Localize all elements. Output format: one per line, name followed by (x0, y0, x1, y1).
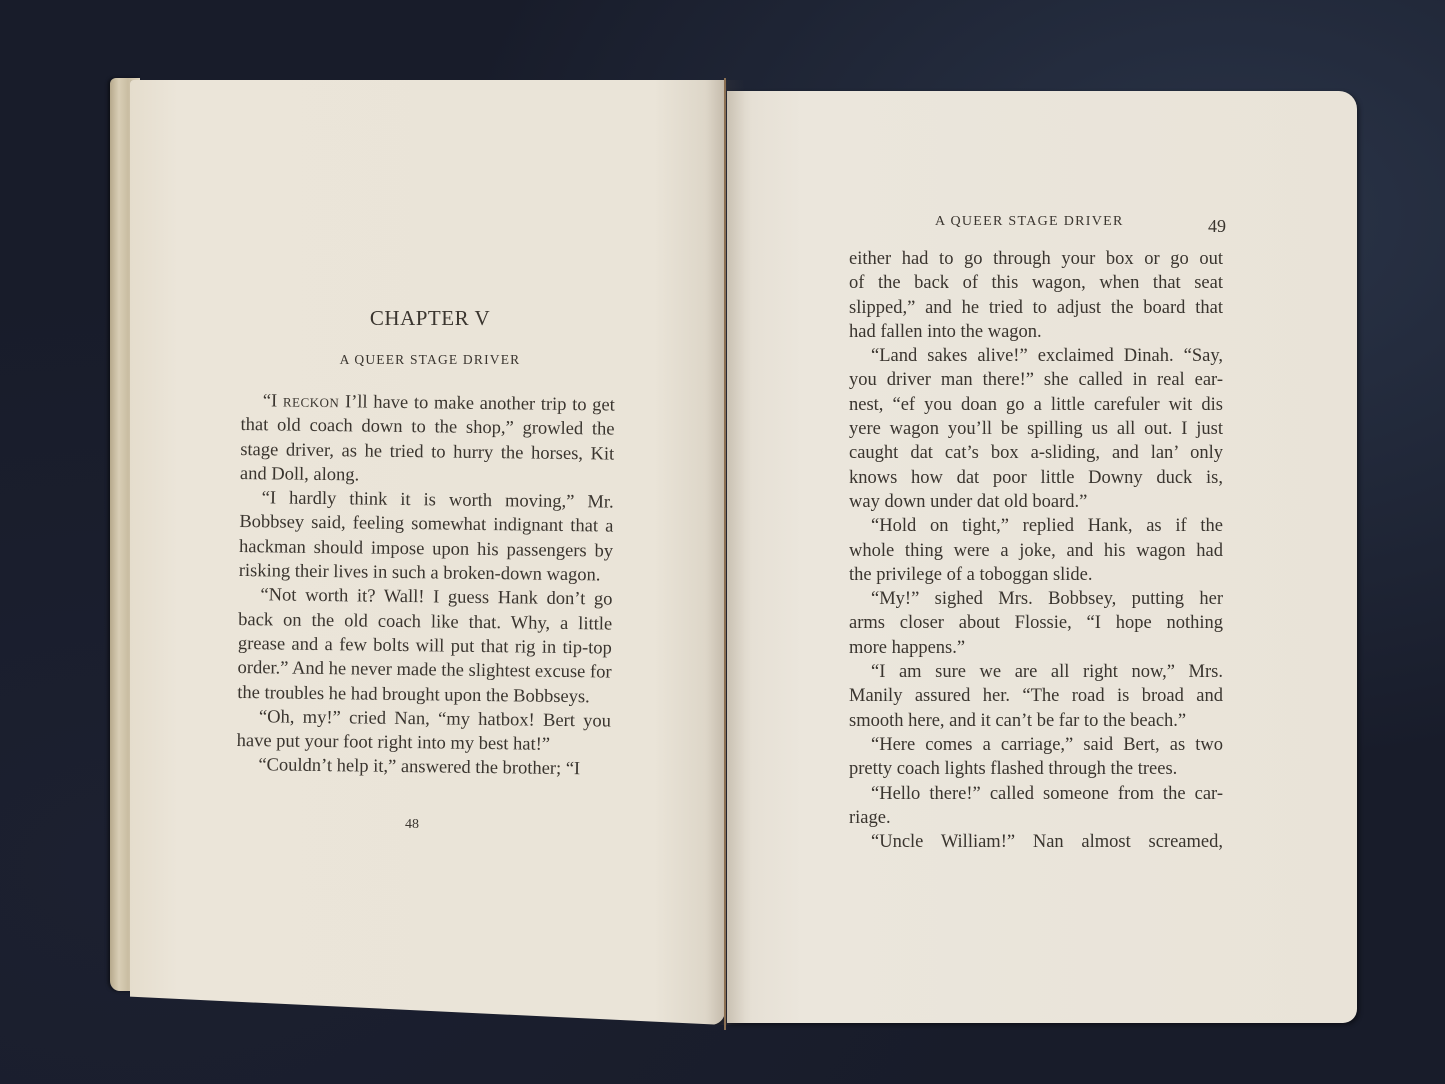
text-line: more happens.” (849, 636, 1223, 660)
right-page-body: either had to go through your box or go … (849, 247, 1223, 854)
text-line: whole thing were a joke, and his wagon h… (849, 539, 1223, 563)
page-number-right: 49 (1208, 216, 1226, 237)
text-line: pretty coach lights flashed through the … (849, 757, 1223, 781)
paragraph: “Not worth it? Wall! I guess Hank don’t … (237, 583, 612, 709)
lead-word-smallcaps: reckon (283, 392, 340, 413)
opening-quote: “I (263, 391, 283, 411)
paragraph: “I hardly think it is worth moving,” Mr.… (239, 486, 614, 588)
running-head: A QUEER STAGE DRIVER (935, 214, 1124, 230)
text-line: caught dat cat’s box a-sliding, and lan’… (849, 441, 1223, 465)
paragraph: “Oh, my!” cried Nan, “my hatbox! Bert yo… (237, 705, 612, 758)
text-line: “I am sure we are all right now,” Mrs. (849, 660, 1223, 684)
text-line: “My!” sighed Mrs. Bobbsey, putting her (849, 587, 1223, 611)
left-page-body: “I reckon I’ll have to make another trip… (236, 389, 615, 782)
text-line: “Here comes a carriage,” said Bert, as t… (849, 733, 1223, 757)
text-line: “Uncle William!” Nan almost screamed, (849, 830, 1223, 854)
text-line: had fallen into the wagon. (849, 320, 1223, 344)
text-line: “Hold on tight,” replied Hank, as if the (849, 514, 1223, 538)
text-line: either had to go through your box or go … (849, 247, 1223, 271)
text-line: “Land sakes alive!” exclaimed Dinah. “Sa… (849, 344, 1223, 368)
chapter-subtitle: A QUEER STAGE DRIVER (245, 352, 615, 368)
text-line: the privilege of a toboggan slide. (849, 563, 1223, 587)
book-spine (724, 78, 726, 1030)
text-line: knows how dat poor little Downy duck is, (849, 466, 1223, 490)
text-line: you driver man there!” she called in rea… (849, 368, 1223, 392)
chapter-title: CHAPTER V (245, 306, 615, 331)
text-line: smooth here, and it can’t be far to the … (849, 709, 1223, 733)
paragraph: “I reckon I’ll have to make another trip… (240, 389, 615, 491)
text-line: way down under dat old board.” (849, 490, 1223, 514)
text-line: riage. (849, 806, 1223, 830)
text-line: of the back of this wagon, when that sea… (849, 271, 1223, 295)
open-book: CHAPTER V A QUEER STAGE DRIVER “I reckon… (0, 0, 1445, 1084)
text-line: arms closer about Flossie, “I hope nothi… (849, 611, 1223, 635)
text-line: yere wagon you’ll be spilling us all out… (849, 417, 1223, 441)
paragraph: “Couldn’t help it,” answered the brother… (236, 753, 610, 782)
text-line: “Hello there!” called someone from the c… (849, 782, 1223, 806)
text-line: slipped,” and he tried to adjust the boa… (849, 296, 1223, 320)
text-line: Manily assured her. “The road is broad a… (849, 684, 1223, 708)
text-line: nest, “ef you doan go a little carefuler… (849, 393, 1223, 417)
page-number-left: 48 (405, 817, 419, 833)
